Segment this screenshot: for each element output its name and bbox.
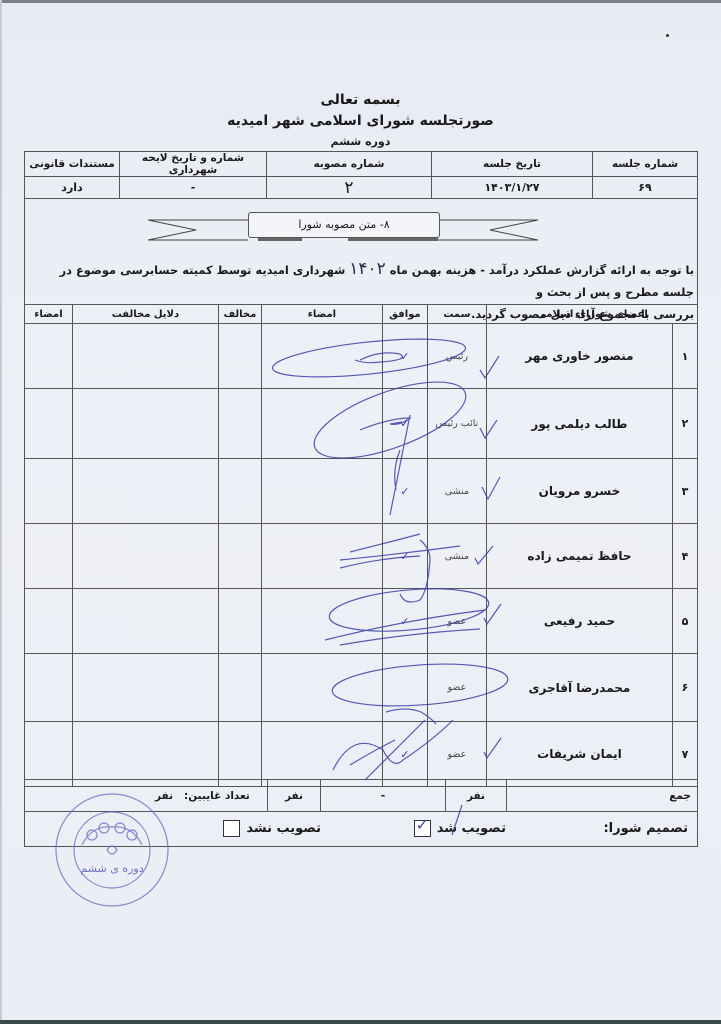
oppose-cell [218,324,261,389]
oppose-signature-cell [25,459,73,524]
signature-cell [261,324,382,389]
agree-checkmark: ✓ [382,389,427,459]
signature-cell [261,654,382,722]
absent-label: تعداد غایبین: [184,790,250,802]
col-header-agree: موافق [382,305,427,324]
signature-cell [261,589,382,654]
votes-table: اعضای شورای اسلامی سمت موافق امضاء مخالف… [24,304,698,787]
member-role: عضو [427,589,486,654]
totals-dash: - [321,780,446,812]
col-header-members: اعضای شورای اسلامی [486,305,697,324]
meta-session-number: ۶۹ [593,177,698,199]
oppose-signature-cell [25,389,73,459]
reasons-cell [72,524,218,589]
approved-option[interactable]: تصویب شد ✓ [414,820,506,837]
row-number: ۲ [673,389,698,459]
agree-checkmark: ✓ [382,722,427,787]
approved-label: تصویب شد [437,821,506,836]
reasons-cell [72,722,218,787]
oppose-cell [218,524,261,589]
invocation: بسمه تعالی [0,92,721,108]
document-page: بسمه تعالی صورتجلسه شورای اسلامی شهر امی… [0,0,721,1024]
member-role: منشی [427,524,486,589]
meeting-meta-table: شماره جلسه تاریخ جلسه شماره مصوبه شماره … [24,151,698,199]
handwritten-year: ۱۴۰۲ [349,259,386,279]
meta-legal-docs: دارد [25,177,120,199]
row-number: ۵ [673,589,698,654]
member-name: خسرو مرویان [486,459,672,524]
rejected-option[interactable]: تصویب نشد [223,820,321,837]
oppose-cell [218,722,261,787]
row-number: ۱ [673,324,698,389]
page-title: صورتجلسه شورای اسلامی شهر امیدیه [0,113,721,129]
table-row: ۷ ایمان شریفات عضو ✓ [25,722,698,787]
agree-checkmark: ✓ [382,589,427,654]
meta-session-date: ۱۴۰۳/۱/۲۷ [432,177,593,199]
reasons-cell [72,654,218,722]
meta-resolution-number: ۲ [267,177,432,199]
col-header-signature-oppose: امضاء [25,305,73,324]
table-row: ۲ طالب دیلمی پور نائب رئیس ✓ [25,389,698,459]
oppose-signature-cell [25,654,73,722]
meta-value-row: ۶۹ ۱۴۰۳/۱/۲۷ ۲ - دارد [25,177,698,199]
reasons-cell [72,324,218,389]
meta-header-bill-number-date: شماره و تاریخ لایحه شهرداری [120,152,267,177]
agree-checkmark: ✓ [382,324,427,389]
totals-oppose-unit: نفر [268,780,321,812]
section-banner: ۸- متن مصوبه شورا [148,208,572,246]
rejected-checkbox[interactable] [223,820,240,837]
member-name: حمید رفیعی [486,589,672,654]
agree-checkmark: ✓ [382,459,427,524]
oppose-cell [218,459,261,524]
meta-bill-number-date: - [120,177,267,199]
scan-bottom-edge [0,1020,721,1024]
table-row: ۶ محمدرضا آقاجری عضو [25,654,698,722]
scan-top-edge [0,0,721,3]
member-name: منصور خاوری مهر [486,324,672,389]
rejected-label: تصویب نشد [246,821,321,836]
scan-speck [666,34,669,37]
reasons-cell [72,389,218,459]
meta-header-row: شماره جلسه تاریخ جلسه شماره مصوبه شماره … [25,152,698,177]
col-header-signature: امضاء [261,305,382,324]
reasons-cell [72,589,218,654]
row-number: ۷ [673,722,698,787]
meta-header-session-date: تاریخ جلسه [432,152,593,177]
section-title: ۸- متن مصوبه شورا [248,212,440,238]
check-icon: ✓ [416,816,429,834]
oppose-signature-cell [25,589,73,654]
member-name: حافظ تمیمی زاده [486,524,672,589]
table-row: ۴ حافظ تمیمی زاده منشی ✓ [25,524,698,589]
signature-cell [261,389,382,459]
member-role: منشی [427,459,486,524]
row-number: ۳ [673,459,698,524]
signature-cell [261,722,382,787]
resolution-text-part1: با توجه به ارائه گزارش عملکرد درآمد - هز… [390,263,694,277]
totals-agree-unit: نفر [446,780,507,812]
member-name: طالب دیلمی پور [486,389,672,459]
oppose-cell [218,654,261,722]
meta-header-legal-docs: مستندات قانونی [25,152,120,177]
row-number: ۴ [673,524,698,589]
resolution-line-1: با توجه به ارائه گزارش عملکرد درآمد - هز… [30,258,694,303]
oppose-signature-cell [25,324,73,389]
member-name: محمدرضا آقاجری [486,654,672,722]
col-header-reasons: دلایل مخالفت [72,305,218,324]
votes-header-row: اعضای شورای اسلامی سمت موافق امضاء مخالف… [25,305,698,324]
col-header-role: سمت [427,305,486,324]
meta-header-session-number: شماره جلسه [593,152,698,177]
member-role: نائب رئیس [427,389,486,459]
table-row: ۱ منصور خاوری مهر رئیس ✓ [25,324,698,389]
reasons-cell [72,459,218,524]
approved-checkbox[interactable]: ✓ [414,820,431,837]
council-stamp: دوره ی ششم [52,790,172,910]
signature-cell [261,459,382,524]
row-number: ۶ [673,654,698,722]
oppose-signature-cell [25,722,73,787]
council-term: دوره ششم [0,135,721,148]
totals-label: جمع [507,780,698,812]
member-role: رئیس [427,324,486,389]
table-row: ۳ خسرو مرویان منشی ✓ [25,459,698,524]
stamp-inner-text: دوره ی ششم [80,862,143,875]
meta-header-resolution-number: شماره مصوبه [267,152,432,177]
oppose-cell [218,389,261,459]
table-row: ۵ حمید رفیعی عضو ✓ [25,589,698,654]
member-role: عضو [427,722,486,787]
oppose-cell [218,589,261,654]
scan-left-edge [0,0,2,1024]
member-role: عضو [427,654,486,722]
member-name: ایمان شریفات [486,722,672,787]
signature-cell [261,524,382,589]
oppose-signature-cell [25,524,73,589]
col-header-oppose: مخالف [218,305,261,324]
agree-checkmark: ✓ [382,524,427,589]
agree-checkmark [382,654,427,722]
decision-label: تصمیم شورا: [603,821,688,836]
